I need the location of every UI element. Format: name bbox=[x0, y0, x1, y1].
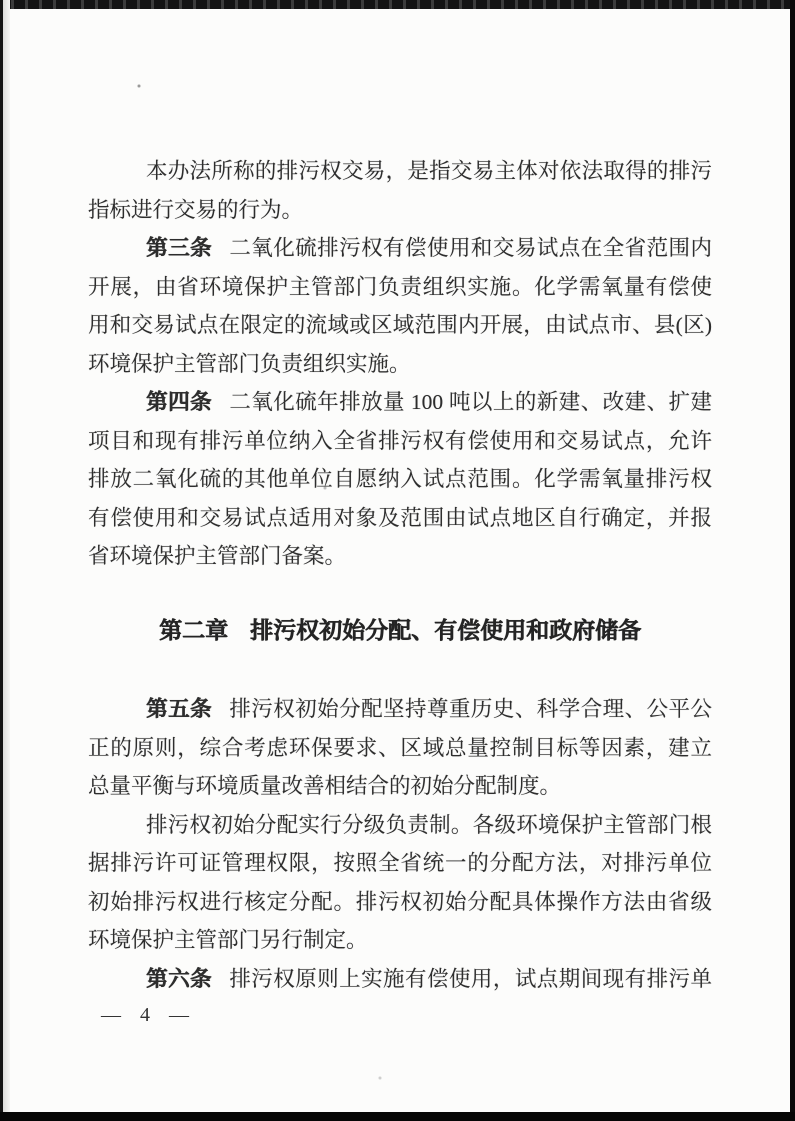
article-6-paragraph: 第六条排污权原则上实施有偿使用，试点期间现有排污单 bbox=[88, 960, 712, 999]
scan-edge-right bbox=[790, 0, 795, 1121]
paragraph-line: 第三条二氧化硫排污权有偿使用和交易试点在全省范围内 bbox=[88, 229, 712, 268]
article-3-paragraph: 第三条二氧化硫排污权有偿使用和交易试点在全省范围内 开展，由省环境保护主管部门负… bbox=[88, 229, 712, 383]
chapter-heading: 第二章排污权初始分配、有偿使用和政府储备 bbox=[88, 612, 712, 644]
article-4-paragraph: 第四条二氧化硫年排放量 100 吨以上的新建、改建、扩建 项目和现有排污单位纳入… bbox=[88, 383, 712, 576]
paragraph-line: 开展，由省环境保护主管部门负责组织实施。化学需氧量有偿使 bbox=[88, 268, 712, 307]
scanned-document-page: 本办法所称的排污权交易，是指交易主体对依法取得的排污 指标进行交易的行为。 第三… bbox=[0, 0, 795, 1121]
chapter-title: 排污权初始分配、有偿使用和政府储备 bbox=[250, 618, 641, 643]
scan-edge-left-shade bbox=[3, 0, 10, 1121]
paragraph-line: 有偿使用和交易试点适用对象及范围由试点地区自行确定，并报 bbox=[88, 499, 712, 538]
paragraph-line: 环境保护主管部门负责组织实施。 bbox=[88, 345, 712, 384]
page-content-lower: 第五条排污权初始分配坚持尊重历史、科学合理、公平公 正的原则，综合考虑环保要求、… bbox=[88, 690, 712, 998]
article-5-continuation-paragraph: 排污权初始分配实行分级负责制。各级环境保护主管部门根 据排污许可证管理权限，按照… bbox=[88, 806, 712, 960]
paragraph-line: 正的原则，综合考虑环保要求、区域总量控制目标等因素，建立 bbox=[88, 729, 712, 768]
paragraph-line: 省环境保护主管部门备案。 bbox=[88, 537, 712, 576]
paragraph-line: 排放二氧化硫的其他单位自愿纳入试点范围。化学需氧量排污权 bbox=[88, 460, 712, 499]
paragraph-line: 总量平衡与环境质量改善相结合的初始分配制度。 bbox=[88, 767, 712, 806]
paragraph-line: 第六条排污权原则上实施有偿使用，试点期间现有排污单 bbox=[88, 960, 712, 999]
article-6-label: 第六条 bbox=[146, 967, 212, 991]
article-5-paragraph: 第五条排污权初始分配坚持尊重历史、科学合理、公平公 正的原则，综合考虑环保要求、… bbox=[88, 690, 712, 806]
paragraph-line: 指标进行交易的行为。 bbox=[88, 191, 712, 230]
paragraph-line: 排污权初始分配实行分级负责制。各级环境保护主管部门根 bbox=[88, 806, 712, 845]
chapter-number: 第二章 bbox=[159, 618, 228, 643]
article-4-text: 二氧化硫年排放量 100 吨以上的新建、改建、扩建 bbox=[229, 390, 712, 414]
paragraph-line: 项目和现有排污单位纳入全省排污权有偿使用和交易试点，允许 bbox=[88, 422, 712, 461]
intro-paragraph: 本办法所称的排污权交易，是指交易主体对依法取得的排污 指标进行交易的行为。 bbox=[88, 152, 712, 229]
paragraph-line: 初始排污权进行核定分配。排污权初始分配具体操作方法由省级 bbox=[88, 883, 712, 922]
paragraph-line: 本办法所称的排污权交易，是指交易主体对依法取得的排污 bbox=[88, 152, 712, 191]
paragraph-line: 第四条二氧化硫年排放量 100 吨以上的新建、改建、扩建 bbox=[88, 383, 712, 422]
page-number: — 4 — bbox=[101, 1004, 196, 1027]
paragraph-line: 用和交易试点在限定的流域或区域范围内开展，由试点市、县(区) bbox=[88, 306, 712, 345]
page-content-upper: 本办法所称的排污权交易，是指交易主体对依法取得的排污 指标进行交易的行为。 第三… bbox=[88, 152, 712, 576]
article-4-label: 第四条 bbox=[146, 390, 212, 414]
article-6-text: 排污权原则上实施有偿使用，试点期间现有排污单 bbox=[229, 967, 712, 991]
article-5-text: 排污权初始分配坚持尊重历史、科学合理、公平公 bbox=[229, 697, 712, 721]
paragraph-line: 据排污许可证管理权限，按照全省统一的分配方法，对排污单位 bbox=[88, 844, 712, 883]
article-5-label: 第五条 bbox=[146, 697, 212, 721]
article-3-text: 二氧化硫排污权有偿使用和交易试点在全省范围内 bbox=[229, 236, 712, 260]
scan-edge-bottom bbox=[0, 1112, 795, 1121]
paragraph-line: 第五条排污权初始分配坚持尊重历史、科学合理、公平公 bbox=[88, 690, 712, 729]
paragraph-line: 环境保护主管部门另行制定。 bbox=[88, 921, 712, 960]
scan-edge-top bbox=[0, 0, 795, 9]
article-3-label: 第三条 bbox=[146, 236, 212, 260]
